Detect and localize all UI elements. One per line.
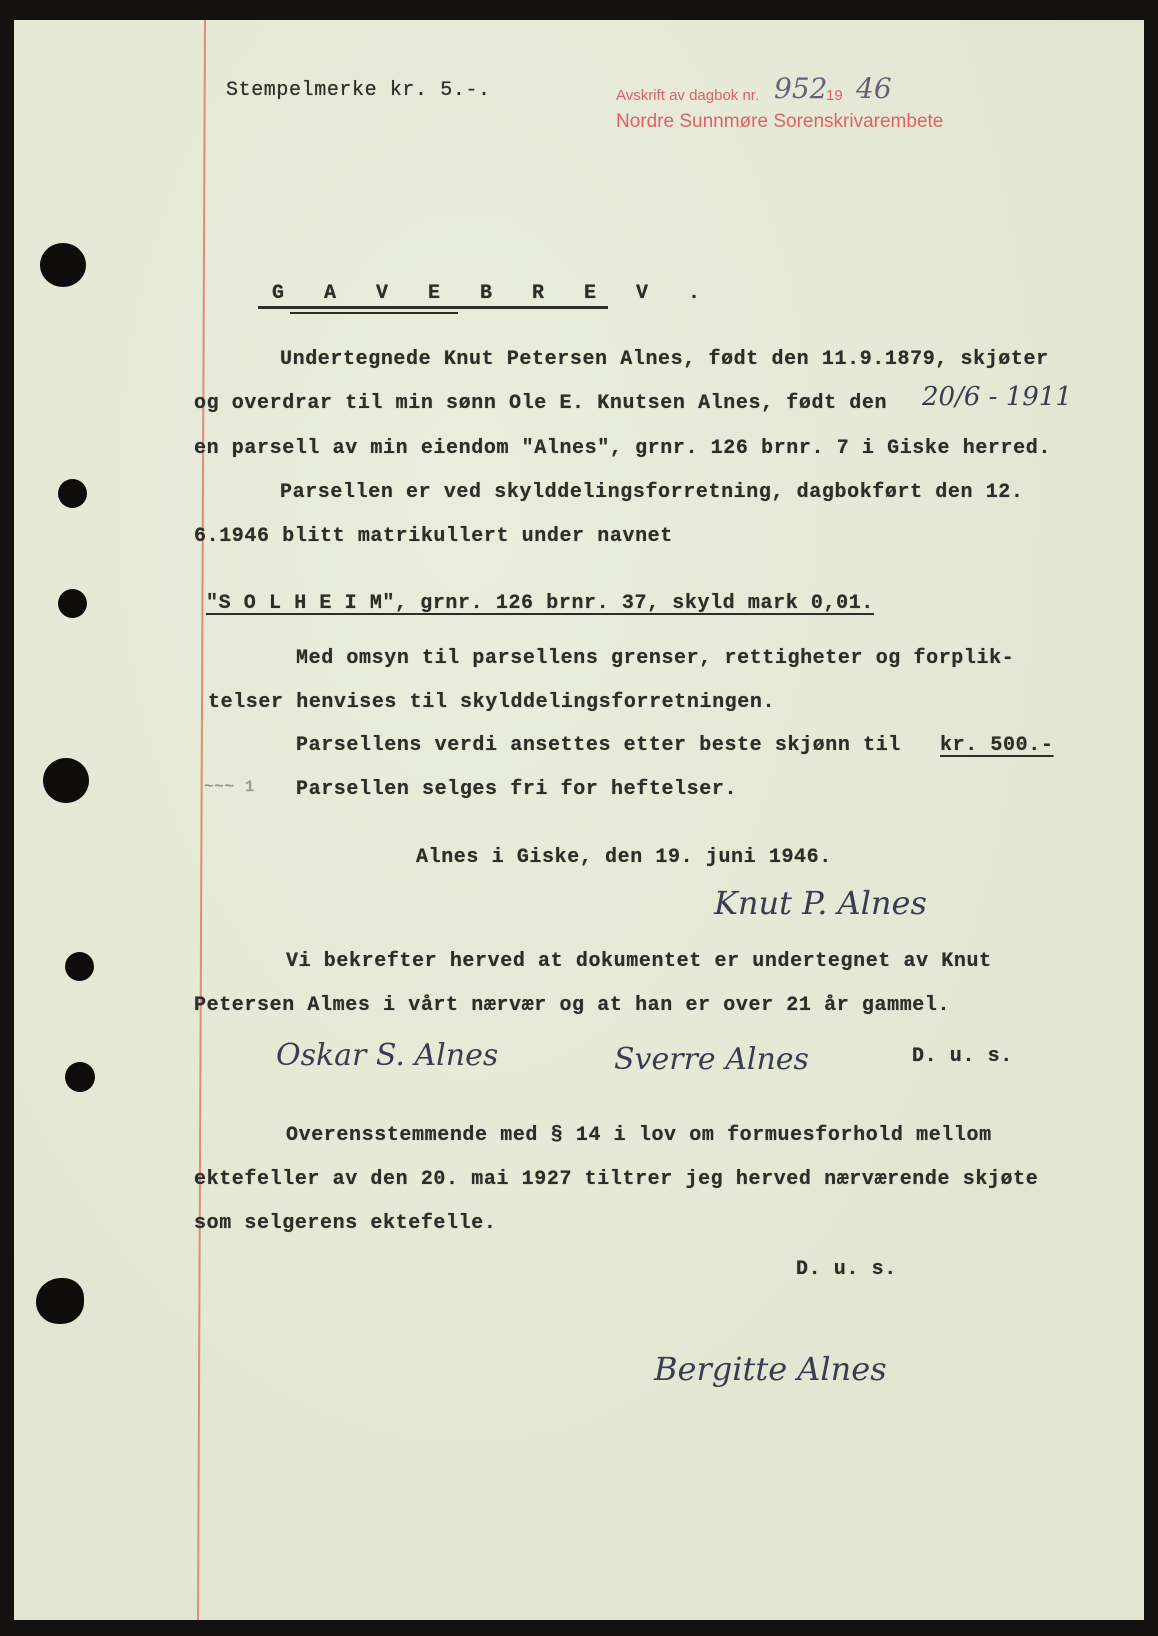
- punch-hole-icon: [43, 758, 89, 803]
- paragraph-line: en parsell av min eiendom "Alnes", grnr.…: [194, 437, 1051, 460]
- spouse-closing: D. u. s.: [796, 1258, 897, 1281]
- punch-hole-icon: [65, 952, 94, 981]
- paragraph-line: Parsellen er ved skylddelingsforretning,…: [280, 481, 1024, 504]
- paragraph-line: Parsellens verdi ansettes etter beste sk…: [296, 734, 901, 757]
- title-underline-2: [290, 312, 458, 314]
- stamp-duty-text: Stempelmerke kr. 5.-.: [226, 79, 491, 102]
- place-date: Alnes i Giske, den 19. juni 1946.: [416, 846, 832, 869]
- paragraph-line: 6.1946 blitt matrikullert under navnet: [194, 525, 673, 548]
- property-value: kr. 500.-: [940, 734, 1053, 757]
- signature-spouse: Bergitte Alnes: [654, 1350, 887, 1388]
- punch-hole-icon: [40, 243, 86, 287]
- paragraph-line: Parsellen selges fri for heftelser.: [296, 778, 737, 801]
- spouse-line: som selgerens ektefelle.: [194, 1212, 496, 1235]
- punch-hole-icon: [65, 1062, 95, 1092]
- paragraph-line: telser henvises til skylddelingsforretni…: [208, 691, 775, 714]
- document-page: Stempelmerke kr. 5.-. Avskrift av dagbok…: [14, 20, 1144, 1620]
- title-underline: [258, 306, 608, 309]
- spouse-line: Overensstemmende med § 14 i lov om formu…: [286, 1124, 992, 1147]
- paragraph-line: Undertegnede Knut Petersen Alnes, født d…: [280, 348, 1049, 371]
- witness-signature-1: Oskar S. Alnes: [276, 1038, 498, 1073]
- witness-closing: D. u. s.: [912, 1045, 1013, 1068]
- witness-line: Vi bekrefter herved at dokumentet er und…: [286, 950, 992, 973]
- property-designation: "S O L H E I M", grnr. 126 brnr. 37, sky…: [206, 592, 874, 615]
- paragraph-line: og overdrar til min sønn Ole E. Knutsen …: [194, 392, 887, 415]
- witness-line: Petersen Almes i vårt nærvær og at han e…: [194, 994, 950, 1017]
- spouse-line: ektefeller av den 20. mai 1927 tiltrer j…: [194, 1168, 1038, 1191]
- paragraph-line: Med omsyn til parsellens grenser, rettig…: [296, 647, 1014, 670]
- signature-giver: Knut P. Alnes: [714, 884, 927, 922]
- punch-hole-icon: [36, 1278, 84, 1324]
- registry-stamp-line1: Avskrift av dagbok nr.: [616, 87, 759, 104]
- registry-year-handwritten: 46: [856, 72, 892, 105]
- punch-hole-icon: [58, 479, 87, 508]
- red-margin-line: [197, 20, 205, 1620]
- margin-smudge: ~~~ 1: [204, 778, 255, 796]
- witness-signature-2: Sverre Alnes: [614, 1042, 809, 1077]
- punch-hole-icon: [58, 589, 87, 618]
- registry-number-handwritten: 952: [774, 72, 827, 105]
- registry-year-prefix: 19: [826, 87, 843, 104]
- handwritten-birthdate: 20/6 - 1911: [922, 382, 1072, 412]
- registry-office-stamp: Nordre Sunnmøre Sorenskrivarembete: [616, 111, 943, 133]
- document-title: G A V E B R E V .: [272, 282, 714, 305]
- registry-stamp-prefix: Avskrift av dagbok nr.: [616, 87, 759, 104]
